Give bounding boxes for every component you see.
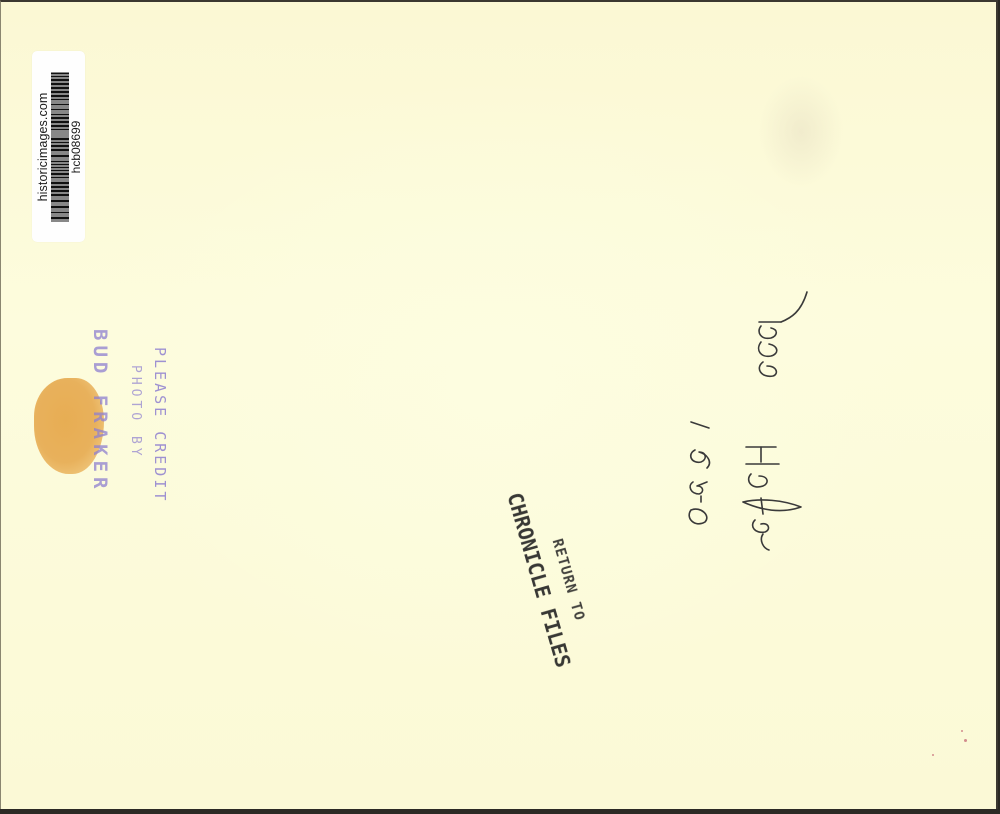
barcode-icon	[50, 72, 68, 222]
credit-stamp-photographer: BUD FRAKER	[89, 329, 111, 493]
photo-back-document: historicimages.com hcb08699 PLEASE CREDI…	[0, 0, 998, 809]
handwritten-annotation: Bob Hope 1950	[651, 282, 851, 572]
return-to-files-stamp: RETURN TO CHRONICLE FILES	[487, 482, 615, 713]
speck-mark	[932, 754, 934, 756]
photo-credit-stamp: PLEASE CREDIT PHOTO BY BUD FRAKER	[77, 347, 177, 557]
label-id-text: hcb08699	[69, 120, 82, 173]
archive-label: historicimages.com hcb08699	[32, 51, 85, 242]
speck-mark	[961, 730, 963, 732]
speck-mark	[964, 739, 967, 742]
handwriting-strokes-icon	[651, 282, 851, 572]
label-site-text: historicimages.com	[35, 92, 49, 201]
scan-edge	[0, 809, 1000, 814]
credit-stamp-line1: PLEASE CREDIT	[151, 347, 169, 503]
credit-stamp-line2: PHOTO BY	[128, 365, 143, 460]
